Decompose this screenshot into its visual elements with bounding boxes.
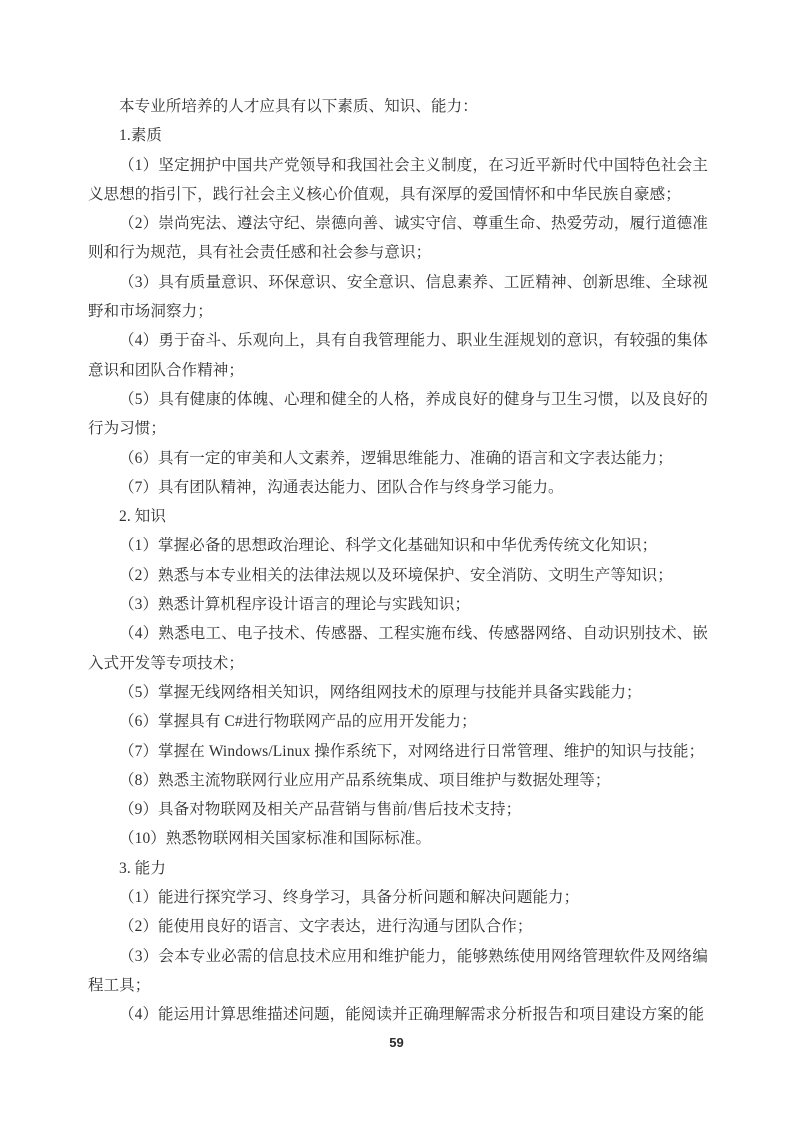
list-item: （6）掌握具有 C#进行物联网产品的应用开发能力； (88, 707, 708, 736)
sections-container: 1.素质（1）坚定拥护中国共产党领导和我国社会主义制度，在习近平新时代中国特色社… (88, 121, 708, 1029)
list-item: （3）熟悉计算机程序设计语言的理论与实践知识； (88, 590, 708, 619)
list-item: （3）具有质量意识、环保意识、安全意识、信息素养、工匠精神、创新思维、全球视野和… (88, 268, 708, 327)
list-item: （1）能进行探究学习、终身学习，具备分析问题和解决问题能力； (88, 883, 708, 912)
list-item: （7）掌握在 Windows/Linux 操作系统下，对网络进行日常管理、维护的… (88, 737, 708, 766)
list-item: （4）能运用计算思维描述问题，能阅读并正确理解需求分析报告和项目建设方案的能 (88, 1000, 708, 1029)
list-item: （2）能使用良好的语言、文字表达，进行沟通与团队合作； (88, 912, 708, 941)
list-item: （9）具备对物联网及相关产品营销与售前/售后技术支持； (88, 795, 708, 824)
section-heading: 3. 能力 (88, 854, 708, 883)
document-page: 本专业所培养的人才应具有以下素质、知识、能力： 1.素质（1）坚定拥护中国共产党… (0, 0, 793, 1122)
list-item: （4）熟悉电工、电子技术、传感器、工程实施布线、传感器网络、自动识别技术、嵌入式… (88, 619, 708, 678)
list-item: （5）具有健康的体魄、心理和健全的人格，养成良好的健身与卫生习惯，以及良好的行为… (88, 385, 708, 444)
document-body: 本专业所培养的人才应具有以下素质、知识、能力： 1.素质（1）坚定拥护中国共产党… (88, 92, 708, 1030)
list-item: （2）崇尚宪法、遵法守纪、崇德向善、诚实守信、尊重生命、热爱劳动，履行道德准则和… (88, 209, 708, 268)
section-heading: 1.素质 (88, 121, 708, 150)
list-item: （1）掌握必备的思想政治理论、科学文化基础知识和中华优秀传统文化知识； (88, 531, 708, 560)
list-item: （5）掌握无线网络相关知识，网络组网技术的原理与技能并具备实践能力； (88, 678, 708, 707)
list-item: （2）熟悉与本专业相关的法律法规以及环境保护、安全消防、文明生产等知识； (88, 561, 708, 590)
list-item: （6）具有一定的审美和人文素养，逻辑思维能力、准确的语言和文字表达能力； (88, 444, 708, 473)
list-item: （7）具有团队精神，沟通表达能力、团队合作与终身学习能力。 (88, 473, 708, 502)
list-item: （4）勇于奋斗、乐观向上，具有自我管理能力、职业生涯规划的意识，有较强的集体意识… (88, 326, 708, 385)
list-item: （8）熟悉主流物联网行业应用产品系统集成、项目维护与数据处理等； (88, 766, 708, 795)
intro-paragraph: 本专业所培养的人才应具有以下素质、知识、能力： (88, 92, 708, 121)
list-item: （1）坚定拥护中国共产党领导和我国社会主义制度，在习近平新时代中国特色社会主义思… (88, 151, 708, 210)
section-heading: 2. 知识 (88, 502, 708, 531)
list-item: （10）熟悉物联网相关国家标准和国际标准。 (88, 824, 708, 853)
list-item: （3）会本专业必需的信息技术应用和维护能力，能够熟练使用网络管理软件及网络编程工… (88, 942, 708, 1001)
page-number: 59 (0, 1035, 793, 1050)
